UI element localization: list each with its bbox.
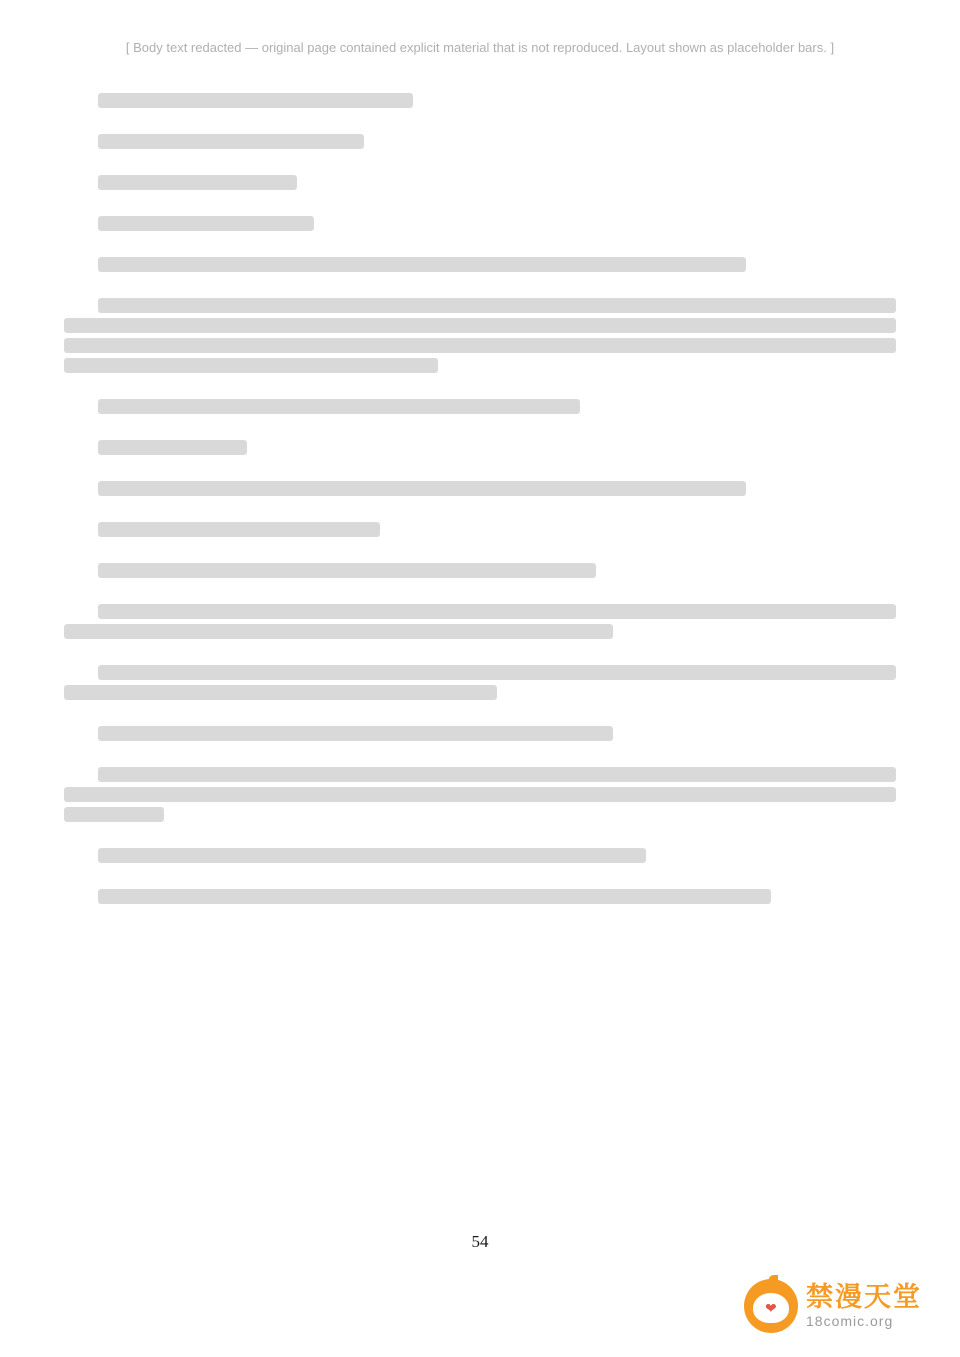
redaction-notice: [ Body text redacted — original page con… bbox=[64, 40, 896, 55]
redacted-text-line bbox=[64, 787, 896, 802]
redacted-text-line bbox=[64, 685, 497, 700]
site-watermark: ❤ 禁漫天堂 18comic.org bbox=[744, 1279, 922, 1333]
mascot-icon: ❤ bbox=[744, 1279, 798, 1333]
redacted-paragraph bbox=[64, 563, 896, 578]
redacted-paragraph bbox=[64, 440, 896, 455]
document-page: [ Body text redacted — original page con… bbox=[0, 0, 960, 1357]
redacted-text-line bbox=[98, 134, 364, 149]
redacted-text-line bbox=[98, 257, 746, 272]
watermark-site-url: 18comic.org bbox=[806, 1313, 893, 1329]
redacted-text-line bbox=[64, 807, 164, 822]
redacted-text-line bbox=[64, 338, 896, 353]
redacted-paragraph bbox=[64, 726, 896, 741]
redacted-text-line bbox=[98, 216, 314, 231]
redacted-paragraph bbox=[64, 767, 896, 822]
redacted-paragraph bbox=[64, 481, 896, 496]
redacted-text-line bbox=[98, 298, 896, 313]
redacted-text-line bbox=[98, 522, 380, 537]
redacted-text-line bbox=[98, 848, 646, 863]
watermark-site-name: 禁漫天堂 bbox=[806, 1283, 922, 1313]
redacted-paragraph bbox=[64, 522, 896, 537]
text-body-redacted bbox=[64, 88, 896, 930]
redacted-paragraph bbox=[64, 216, 896, 231]
redacted-paragraph bbox=[64, 889, 896, 904]
redacted-paragraph bbox=[64, 848, 896, 863]
redacted-text-line bbox=[64, 358, 438, 373]
redacted-text-line bbox=[98, 889, 771, 904]
redacted-text-line bbox=[98, 93, 413, 108]
redacted-paragraph bbox=[64, 665, 896, 700]
redacted-text-line bbox=[98, 175, 297, 190]
redacted-text-line bbox=[98, 481, 746, 496]
page-number: 54 bbox=[0, 1232, 960, 1252]
redacted-text-line bbox=[98, 665, 896, 680]
redacted-paragraph bbox=[64, 257, 896, 272]
redacted-text-line bbox=[98, 726, 613, 741]
redacted-text-line bbox=[98, 767, 896, 782]
redacted-paragraph bbox=[64, 175, 896, 190]
redacted-paragraph bbox=[64, 399, 896, 414]
redacted-paragraph bbox=[64, 93, 896, 108]
redacted-text-line bbox=[64, 318, 896, 333]
redacted-paragraph bbox=[64, 604, 896, 639]
redacted-paragraph bbox=[64, 298, 896, 373]
redacted-text-line bbox=[98, 604, 896, 619]
redacted-text-line bbox=[98, 563, 596, 578]
redacted-text-line bbox=[98, 399, 580, 414]
redacted-text-line bbox=[98, 440, 247, 455]
redacted-paragraph bbox=[64, 134, 896, 149]
redacted-text-line bbox=[64, 624, 613, 639]
